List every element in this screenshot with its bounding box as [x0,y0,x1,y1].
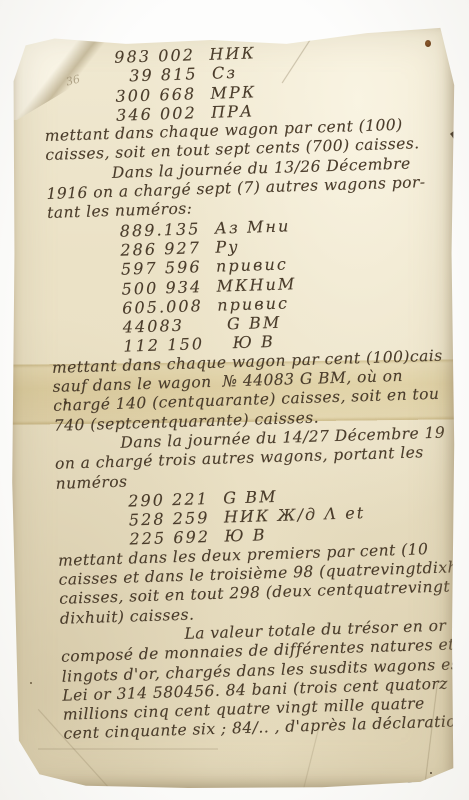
paper-speck [291,130,293,132]
ink-blot [446,130,456,158]
paper-speck [30,682,32,684]
signature-flourish [400,766,456,788]
ink-dot [64,401,67,404]
handwritten-lines: 983 002 НИК 39 815 Сз300 668 МРК346 002 … [42,36,456,744]
stain-spot [425,40,431,47]
crease-line [38,748,218,750]
scan-background: 983 002 НИК 39 815 Сз300 668 МРК346 002 … [0,0,469,800]
document-page: 983 002 НИК 39 815 Сз300 668 МРК346 002 … [10,24,456,788]
